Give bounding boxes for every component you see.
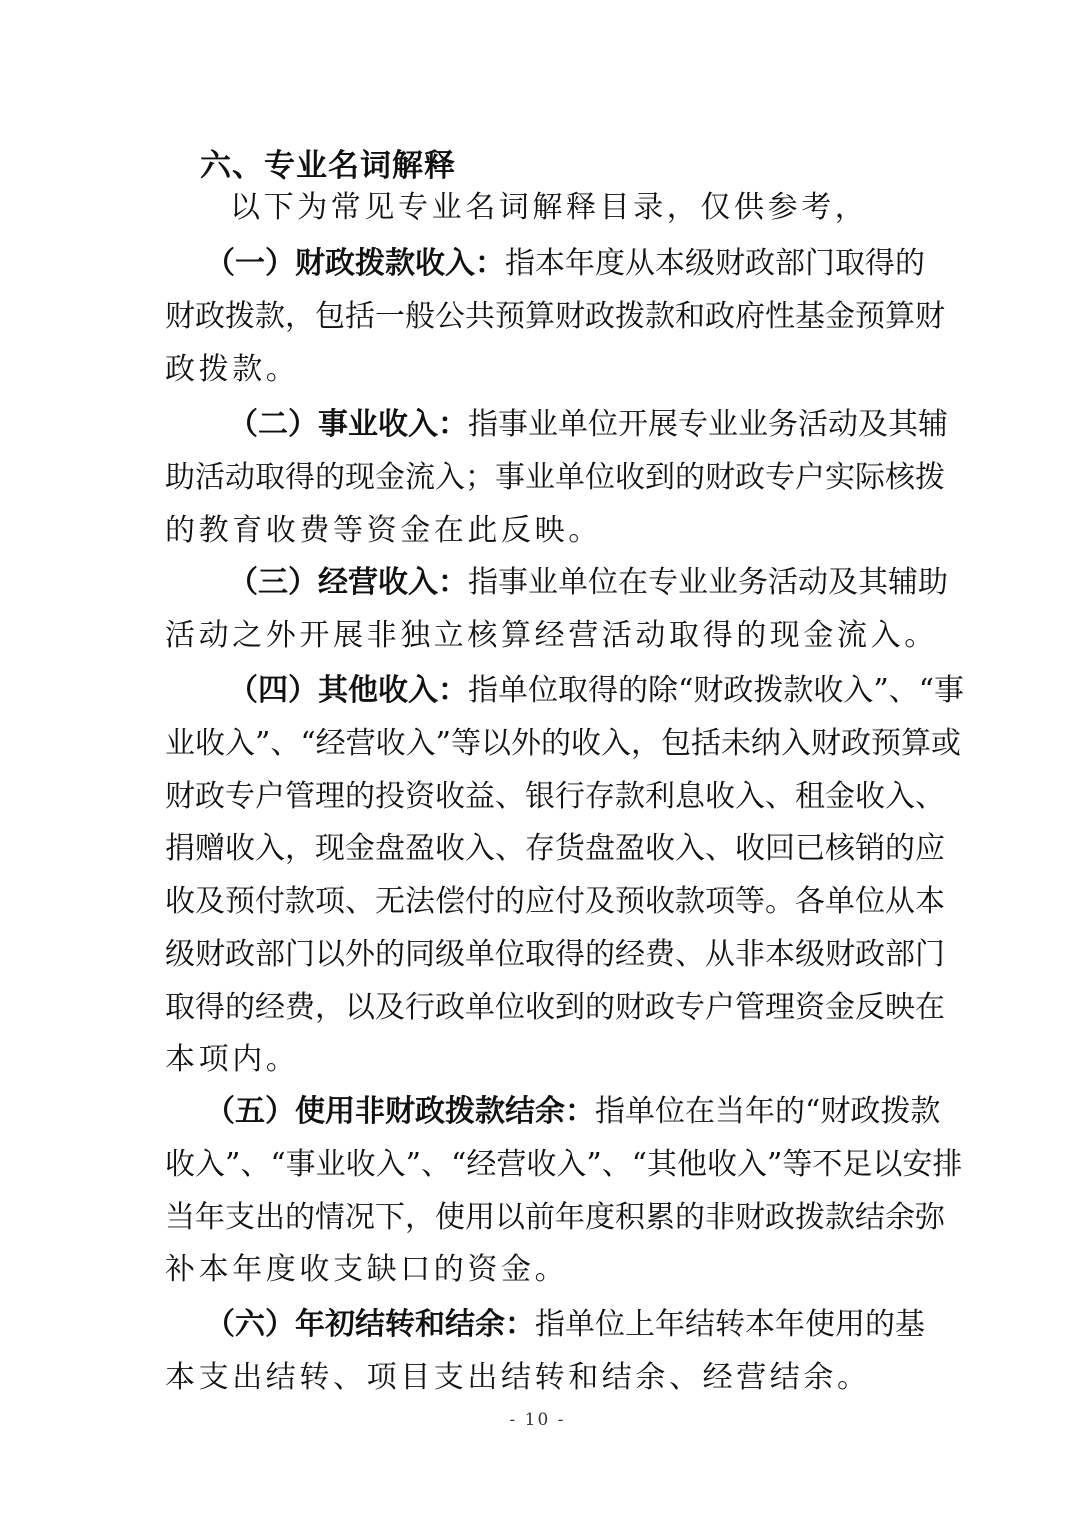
intro-text: 以下为常见专业名词解释目录，仅供参考， xyxy=(230,188,770,228)
term-4-line: 财政专户管理的投资收益、银行存款利息收入、租金收入、 xyxy=(165,777,913,817)
term-4-line: 捐赠收入，现金盘盈收入、存货盘盈收入、收回已核销的应 xyxy=(165,829,913,869)
term-label: （六）年初结转和结余： xyxy=(205,1307,535,1342)
term-label: （一）财政拨款收入： xyxy=(205,246,505,281)
section-heading: 六、专业名词解释 xyxy=(200,140,456,185)
term-2-line: 的教育收费等资金在此反映。 xyxy=(165,511,913,551)
page-number: - 10 - xyxy=(0,1410,1075,1430)
term-4-line: 级财政部门以外的同级单位取得的经费、从非本级财政部门 xyxy=(165,935,913,975)
term-5-line: 当年支出的情况下，使用以前年度积累的非财政拨款结余弥 xyxy=(165,1198,913,1238)
term-label: （四）其他收入： xyxy=(228,673,468,708)
term-text: 指单位取得的除“财政拨款收入”、“事 xyxy=(468,673,964,708)
term-2-first-line: （二）事业收入：指事业单位开展专业业务活动及其辅 xyxy=(228,405,913,445)
term-label: （三）经营收入： xyxy=(228,565,468,600)
term-label: （二）事业收入： xyxy=(228,407,468,442)
term-3-line: 活动之外开展非独立核算经营活动取得的现金流入。 xyxy=(165,616,913,656)
term-1-first-line: （一）财政拨款收入：指本年度从本级财政部门取得的 xyxy=(205,244,913,284)
term-3-first-line: （三）经营收入：指事业单位在专业业务活动及其辅助 xyxy=(228,563,913,603)
term-5-line: 收入”、“事业收入”、“经营收入”、“其他收入”等不足以安排 xyxy=(165,1145,913,1185)
term-4-first-line: （四）其他收入：指单位取得的除“财政拨款收入”、“事 xyxy=(228,671,913,711)
term-5-line: 补本年度收支缺口的资金。 xyxy=(165,1250,913,1290)
term-text: 指单位上年结转本年使用的基 xyxy=(535,1307,925,1342)
term-text: 指事业单位在专业业务活动及其辅助 xyxy=(468,565,948,600)
term-label: （五）使用非财政拨款结余： xyxy=(205,1094,595,1129)
term-4-line: 收及预付款项、无法偿付的应付及预收款项等。各单位从本 xyxy=(165,882,913,922)
term-6-first-line: （六）年初结转和结余：指单位上年结转本年使用的基 xyxy=(205,1305,913,1345)
term-1-line: 政拨款。 xyxy=(165,350,913,390)
term-5-first-line: （五）使用非财政拨款结余：指单位在当年的“财政拨款 xyxy=(205,1092,913,1132)
document-page: 六、专业名词解释 以下为常见专业名词解释目录，仅供参考， （一）财政拨款收入：指… xyxy=(0,0,1075,1520)
term-4-line: 取得的经费，以及行政单位收到的财政专户管理资金反映在 xyxy=(165,988,913,1028)
term-text: 指事业单位开展专业业务活动及其辅 xyxy=(468,407,948,442)
term-text: 指单位在当年的“财政拨款 xyxy=(595,1094,940,1129)
term-6-line: 本支出结转、项目支出结转和结余、经营结余。 xyxy=(165,1358,913,1398)
term-text: 指本年度从本级财政部门取得的 xyxy=(505,246,925,281)
term-4-line: 本项内。 xyxy=(165,1040,913,1080)
term-1-line: 财政拨款，包括一般公共预算财政拨款和政府性基金预算财 xyxy=(165,297,913,337)
term-2-line: 助活动取得的现金流入；事业单位收到的财政专户实际核拨 xyxy=(165,458,913,498)
term-4-line: 业收入”、“经营收入”等以外的收入，包括未纳入财政预算或 xyxy=(165,724,913,764)
